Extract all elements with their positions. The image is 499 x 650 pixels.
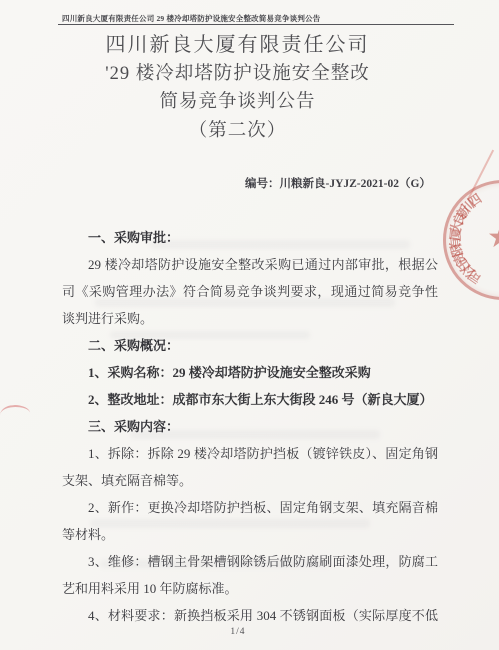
page-number: 1/4 [0,627,476,637]
bleed-through-smudge [95,298,395,307]
title-company-name: 四川新良大厦有限责任公司 [0,31,475,60]
item-procurement-name: 1、采购名称：29 楼冷却塔防护设施安全整改采购 [62,359,438,386]
scanned-document-page: 四川新良大厦有限责任公司 29 楼冷却塔防护设施安全整改简易竞争谈判公告 四川新… [0,0,499,650]
title-project-name: '29 楼冷却塔防护设施安全整改 [0,60,475,89]
running-header: 四川新良大厦有限责任公司 29 楼冷却塔防护设施安全整改简易竞争谈判公告 [62,13,462,24]
bleed-through-smudge [100,560,330,568]
seal-star-icon: ★ [487,220,499,255]
document-number: 编号：川粮新良-JYJZ-2021-02（G） [245,175,431,191]
item-demolition: 1、拆除：拆除 29 楼冷却塔防护挡板（镀锌铁皮）、固定角钢支架、填充隔音棉等。 [62,440,438,494]
company-seal: ★ 四川新良大厦有限责任公司 [443,180,499,300]
document-body: 一、采购审批： 29 楼冷却塔防护设施安全整改采购已通过内部审批，根据公司《采购… [62,224,438,629]
item-site-address: 2、整改地址：成都市东大街上东大街段 246 号（新良大厦） [62,386,438,413]
item-material-requirement: 4、材料要求：新换挡板采用 304 不锈钢面板（实际厚度不低于 [62,602,438,629]
title-round-label: （第二次） [0,117,475,146]
bleed-through-smudge [90,519,370,528]
red-pen-mark [0,404,30,416]
bleed-through-smudge [150,240,410,249]
bleed-through-smudge [130,430,380,439]
item-repair: 3、维修：槽钢主骨架槽钢除锈后做防腐刷面漆处理，防腐工艺和用料采用 10 年防腐… [62,548,438,602]
title-announcement-type: 简易竞争谈判公告 [0,88,475,117]
paragraph-approval: 29 楼冷却塔防护设施安全整改采购已通过内部审批，根据公司《采购管理办法》符合简… [62,251,438,332]
title-block: 四川新良大厦有限责任公司 '29 楼冷却塔防护设施安全整改 简易竞争谈判公告 （… [0,31,475,145]
bleed-through-smudge [110,331,310,339]
header-rule [58,24,454,25]
